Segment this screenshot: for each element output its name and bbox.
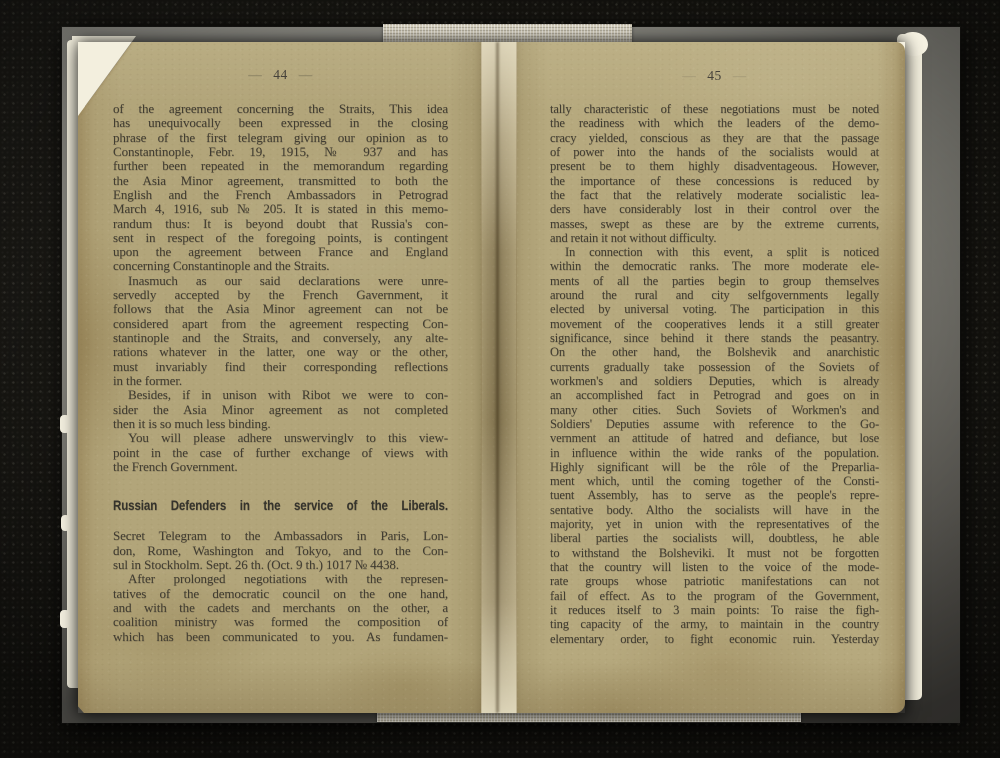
text-line: sul in Stockholm. Sept. 26 th. (Oct. 9 t… — [113, 558, 448, 572]
page-number-value: 45 — [707, 68, 722, 83]
text-line: servedly accepted by the French Gavernme… — [113, 288, 448, 302]
text-line: follows that the Asia Minor agreement ca… — [113, 302, 448, 316]
text-line: liberal parties the socialists will, dou… — [550, 531, 879, 545]
text-line: Inasmuch as our said declarations were u… — [113, 274, 448, 288]
text-line: within the democratic ranks. The more mo… — [550, 259, 879, 273]
text-line: the readiness with which the leaders of … — [550, 116, 879, 130]
text-line: ment which, until the coming together of… — [550, 474, 879, 488]
text-line: an accomplished fact in Petrograd and go… — [550, 388, 879, 402]
text-line: ting capacity of the army, to maintain i… — [550, 617, 879, 631]
text-line: ments of all the parties begin to group … — [550, 274, 879, 288]
text-line: stantinople and the Straits, and convers… — [113, 331, 448, 345]
text-line: tally characteristic of these negotiatio… — [550, 102, 879, 116]
text-line: the importance of these concessions is r… — [550, 174, 879, 188]
text-line: sentative body. Altho the socialists wil… — [550, 503, 879, 517]
text-line: and with the cadets and merchants on the… — [113, 601, 448, 615]
page-number-45: —45— — [550, 68, 879, 84]
text-line: around the rural and city selfgovernment… — [550, 288, 879, 302]
text-line: further been repeated in the memorandum … — [113, 159, 448, 173]
text-line: English and the French Ambassadors in Pe… — [113, 188, 448, 202]
text-line: Soldiers' Deputies assume with reference… — [550, 417, 879, 431]
binding-cloth-top — [383, 24, 632, 42]
text-line: point in the case of further exchange of… — [113, 446, 448, 460]
page-number-dash: — — [248, 67, 262, 82]
text-line: masses, swept as these are by the extrem… — [550, 217, 879, 231]
text-line: phrase of the first telegram giving our … — [113, 131, 448, 145]
text-line: You will please adhere unswervinglv to t… — [113, 431, 448, 445]
text-line: and retain it not without difficulty. — [550, 231, 879, 245]
text-line: in influence within the wide ranks of th… — [550, 446, 879, 460]
page-44: —44— of the agreement concerning the Str… — [78, 42, 498, 713]
text-line: cracy yielded, conscious as they are tha… — [550, 131, 879, 145]
text-line: present be to them highly disadventageou… — [550, 159, 879, 173]
text-line: workmen's and soldiers Deputies, which i… — [550, 374, 879, 388]
open-book: —44— of the agreement concerning the Str… — [78, 42, 905, 713]
text-line: then it is so much less binding. — [113, 417, 448, 431]
text-line: After prolonged negotiations with the re… — [113, 572, 448, 586]
text-line: many other cities. Such Soviets of Workm… — [550, 403, 879, 417]
text-line: sent in respect of the foregoing points,… — [113, 231, 448, 245]
text-line: the fact that the relatively moderate so… — [550, 188, 879, 202]
page-edge-notch — [60, 415, 70, 433]
text-line: don, Rome, Washington and Tokyo, and to … — [113, 544, 448, 558]
text-line: has unequivocally been expressed in the … — [113, 116, 448, 130]
text-line: to withstand the Bolsheviki. It must not… — [550, 546, 879, 560]
section-heading: Russian Defenders in the service of the … — [113, 498, 448, 512]
page-edge-notch — [61, 515, 70, 531]
text-line: Besides, if in unison with Ribot we were… — [113, 388, 448, 402]
text-line: ders have considerably lost in their con… — [550, 202, 879, 216]
text-line: tuent Assembly, has to serve as the peop… — [550, 488, 879, 502]
text-line: coalition ministry was formed the compos… — [113, 615, 448, 629]
text-line: vernment an attitude of hatred and defia… — [550, 431, 879, 445]
text-line: Secret Telegram to the Ambassadors in Pa… — [113, 529, 448, 543]
text-line: considered apart from the agreement resp… — [113, 317, 448, 331]
text-line: March 4, 1916, sub № 205. It is stated i… — [113, 202, 448, 216]
page-44-text: of the agreement concerning the Straits,… — [113, 102, 448, 644]
text-line: significance, since behind it there stan… — [550, 331, 879, 345]
text-line: Highly significant will be the rôle of t… — [550, 460, 879, 474]
text-line: it reduces itself to 3 main points: To r… — [550, 603, 879, 617]
page-number-dash: — — [733, 68, 747, 83]
text-line: the French Government. — [113, 460, 448, 474]
text-line: concerning Constantinople and the Strait… — [113, 259, 448, 273]
text-line: which has been communicated to you. As f… — [113, 630, 448, 644]
text-line: Constantinople, Febr. 19, 1915, № 937 an… — [113, 145, 448, 159]
text-line: tatives of the democratic council on the… — [113, 587, 448, 601]
text-line: must invariably find their corresponding… — [113, 360, 448, 374]
text-line: On the other hand, the Bolshevik and ana… — [550, 345, 879, 359]
text-line: upon the agreement between France and En… — [113, 245, 448, 259]
text-line: the Asia Minor agreement, transmitted to… — [113, 174, 448, 188]
gutter-crease — [496, 42, 499, 713]
gutter-tape — [481, 42, 517, 713]
text-line: In connection with this event, a split i… — [550, 245, 879, 259]
text-line: of power into the hands of the socialist… — [550, 145, 879, 159]
text-line: rate groups whose patriotic manifestatio… — [550, 574, 879, 588]
photograph-background: —44— of the agreement concerning the Str… — [0, 0, 1000, 758]
text-line: sider the Asia Minor agreement as not co… — [113, 403, 448, 417]
text-line: elected by universal voting. The partici… — [550, 302, 879, 316]
page-number-value: 44 — [273, 67, 288, 82]
page-number-44: —44— — [113, 67, 448, 83]
page-number-dash: — — [682, 68, 696, 83]
text-line: elementary order, to fight economic ruin… — [550, 632, 879, 646]
text-line: majority, yet in union with the represen… — [550, 517, 879, 531]
page-edge-notch — [60, 610, 70, 628]
text-line: that the country will listen to the voic… — [550, 560, 879, 574]
text-line: currents gradually take possession of th… — [550, 360, 879, 374]
text-line: in the former. — [113, 374, 448, 388]
page-number-dash: — — [299, 67, 313, 82]
text-line: movement of the cooperatives lends it a … — [550, 317, 879, 331]
page-45-text: tally characteristic of these negotiatio… — [550, 102, 879, 646]
text-line: fail of effect. As to the program of the… — [550, 589, 879, 603]
text-line: of the agreement concerning the Straits,… — [113, 102, 448, 116]
page-45: —45— tally characteristic of these negot… — [498, 42, 905, 713]
text-line: randum thus: It is beyond doubt that Rus… — [113, 217, 448, 231]
text-line: rations whatever in the latter, one way … — [113, 345, 448, 359]
